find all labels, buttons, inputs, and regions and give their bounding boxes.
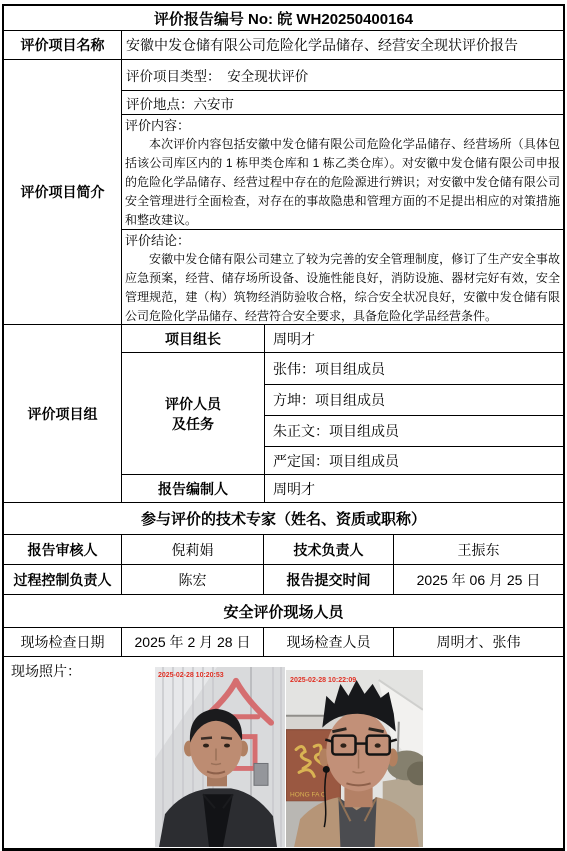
project-team-row: 评价项目组 项目组长 周明才 评价人员 及任务 张伟：项目组成员 方坤：项目组成… bbox=[4, 324, 563, 502]
report-writer-label: 报告编制人 bbox=[122, 475, 264, 502]
site-photo-strip: 2025-02-28 10:20:53 bbox=[155, 667, 423, 847]
project-team-cells: 项目组长 周明才 评价人员 及任务 张伟：项目组成员 方坤：项目组成员 朱正文：… bbox=[121, 325, 563, 502]
evaluation-conclusion-text: 安徽中发仓储有限公司建立了较为完善的安全管理制度，修订了生产安全事故应急预案，经… bbox=[125, 250, 560, 324]
reviewer-value: 倪莉娟 bbox=[121, 535, 263, 564]
team-member-item: 方坤：项目组成员 bbox=[265, 384, 563, 415]
project-name-label: 评价项目名称 bbox=[4, 31, 121, 59]
team-member-list: 张伟：项目组成员 方坤：项目组成员 朱正文：项目组成员 严定国：项目组成员 bbox=[264, 353, 563, 474]
report-number-title: 评价报告编号 No: 皖 WH20250400164 bbox=[154, 8, 413, 29]
team-member-item: 朱正文：项目组成员 bbox=[265, 415, 563, 446]
submit-time-label: 报告提交时间 bbox=[263, 565, 393, 594]
photo-timestamp: 2025-02-28 10:22:09 bbox=[290, 677, 356, 684]
inspection-staff-label: 现场检查人员 bbox=[263, 628, 393, 656]
project-profile-cells: 评价项目类型： 安全现状评价 评价地点：六安市 评价内容： 本次评价内容包括安徽… bbox=[121, 60, 563, 324]
team-leader-value: 周明才 bbox=[264, 325, 563, 352]
evaluation-conclusion-label: 评价结论： bbox=[125, 231, 560, 250]
process-control-label: 过程控制负责人 bbox=[4, 565, 121, 594]
report-writer-row: 报告编制人 周明才 bbox=[122, 474, 563, 502]
reviewer-label: 报告审核人 bbox=[4, 535, 121, 564]
photo-timestamp: 2025-02-28 10:20:53 bbox=[158, 672, 224, 679]
evaluation-conclusion-cell: 评价结论： 安徽中发仓储有限公司建立了较为完善的安全管理制度，修订了生产安全事故… bbox=[122, 229, 563, 324]
team-staff-label-line2: 及任务 bbox=[165, 414, 221, 434]
earbud-art bbox=[323, 766, 330, 773]
inspection-staff-value: 周明才、张伟 bbox=[393, 628, 563, 656]
site-photo-sign-selfie: HONG FA C bbox=[286, 670, 423, 847]
project-profile-row: 评价项目简介 评价项目类型： 安全现状评价 评价地点：六安市 评价内容： 本次评… bbox=[4, 59, 563, 324]
report-table: 评价报告编号 No: 皖 WH20250400164 评价项目名称 安徽中发仓储… bbox=[2, 4, 565, 851]
inspection-row: 现场检查日期 2025 年 2 月 28 日 现场检查人员 周明才、张伟 bbox=[4, 627, 563, 656]
evaluation-content-label: 评价内容： bbox=[125, 116, 560, 135]
team-leader-label: 项目组长 bbox=[122, 325, 264, 352]
project-profile-label: 评价项目简介 bbox=[4, 60, 121, 324]
sign-subtext: HONG FA C bbox=[290, 791, 326, 798]
team-staff-label-line1: 评价人员 bbox=[165, 394, 221, 414]
report-writer-value: 周明才 bbox=[264, 475, 563, 502]
submit-time-value: 2025 年 06 月 25 日 bbox=[393, 565, 563, 594]
tech-lead-label: 技术负责人 bbox=[263, 535, 393, 564]
project-name-value: 安徽中发仓储有限公司危险化学品储存、经营安全现状评价报告 bbox=[121, 31, 563, 59]
team-leader-row: 项目组长 周明才 bbox=[122, 325, 563, 352]
inspection-date-label: 现场检查日期 bbox=[4, 628, 121, 656]
evaluation-content-text: 本次评价内容包括安徽中发仓储有限公司危险化学品储存、经营场所（具体包括该公司库区… bbox=[125, 135, 560, 230]
site-section-header: 安全评价现场人员 bbox=[4, 594, 563, 627]
inspection-date-value: 2025 年 2 月 28 日 bbox=[121, 628, 263, 656]
project-name-row: 评价项目名称 安徽中发仓储有限公司危险化学品储存、经营安全现状评价报告 bbox=[4, 30, 563, 59]
process-control-row: 过程控制负责人 陈宏 报告提交时间 2025 年 06 月 25 日 bbox=[4, 564, 563, 594]
evaluation-content-cell: 评价内容： 本次评价内容包括安徽中发仓储有限公司危险化学品储存、经营场所（具体包… bbox=[122, 114, 563, 229]
tech-lead-value: 王振东 bbox=[393, 535, 563, 564]
wall-junction-box bbox=[254, 763, 268, 785]
project-team-label: 评价项目组 bbox=[4, 325, 121, 502]
reviewer-row: 报告审核人 倪莉娟 技术负责人 王振东 bbox=[4, 534, 563, 564]
site-photo-warehouse-selfie: 2025-02-28 10:20:53 bbox=[155, 667, 285, 847]
team-staff-label: 评价人员 及任务 bbox=[122, 353, 264, 474]
team-staff-row: 评价人员 及任务 张伟：项目组成员 方坤：项目组成员 朱正文：项目组成员 严定国… bbox=[122, 352, 563, 474]
site-photos-label: 现场照片： bbox=[11, 661, 81, 681]
evaluation-type-line: 评价项目类型： 安全现状评价 bbox=[122, 60, 563, 90]
report-title-row: 评价报告编号 No: 皖 WH20250400164 bbox=[4, 6, 563, 30]
process-control-value: 陈宏 bbox=[121, 565, 263, 594]
team-member-item: 严定国：项目组成员 bbox=[265, 446, 563, 474]
team-member-item: 张伟：项目组成员 bbox=[265, 353, 563, 384]
experts-section-header: 参与评价的技术专家（姓名、资质或职称） bbox=[4, 502, 563, 534]
site-photos-row: 现场照片： bbox=[4, 656, 563, 848]
evaluation-location-line: 评价地点：六安市 bbox=[122, 90, 563, 114]
